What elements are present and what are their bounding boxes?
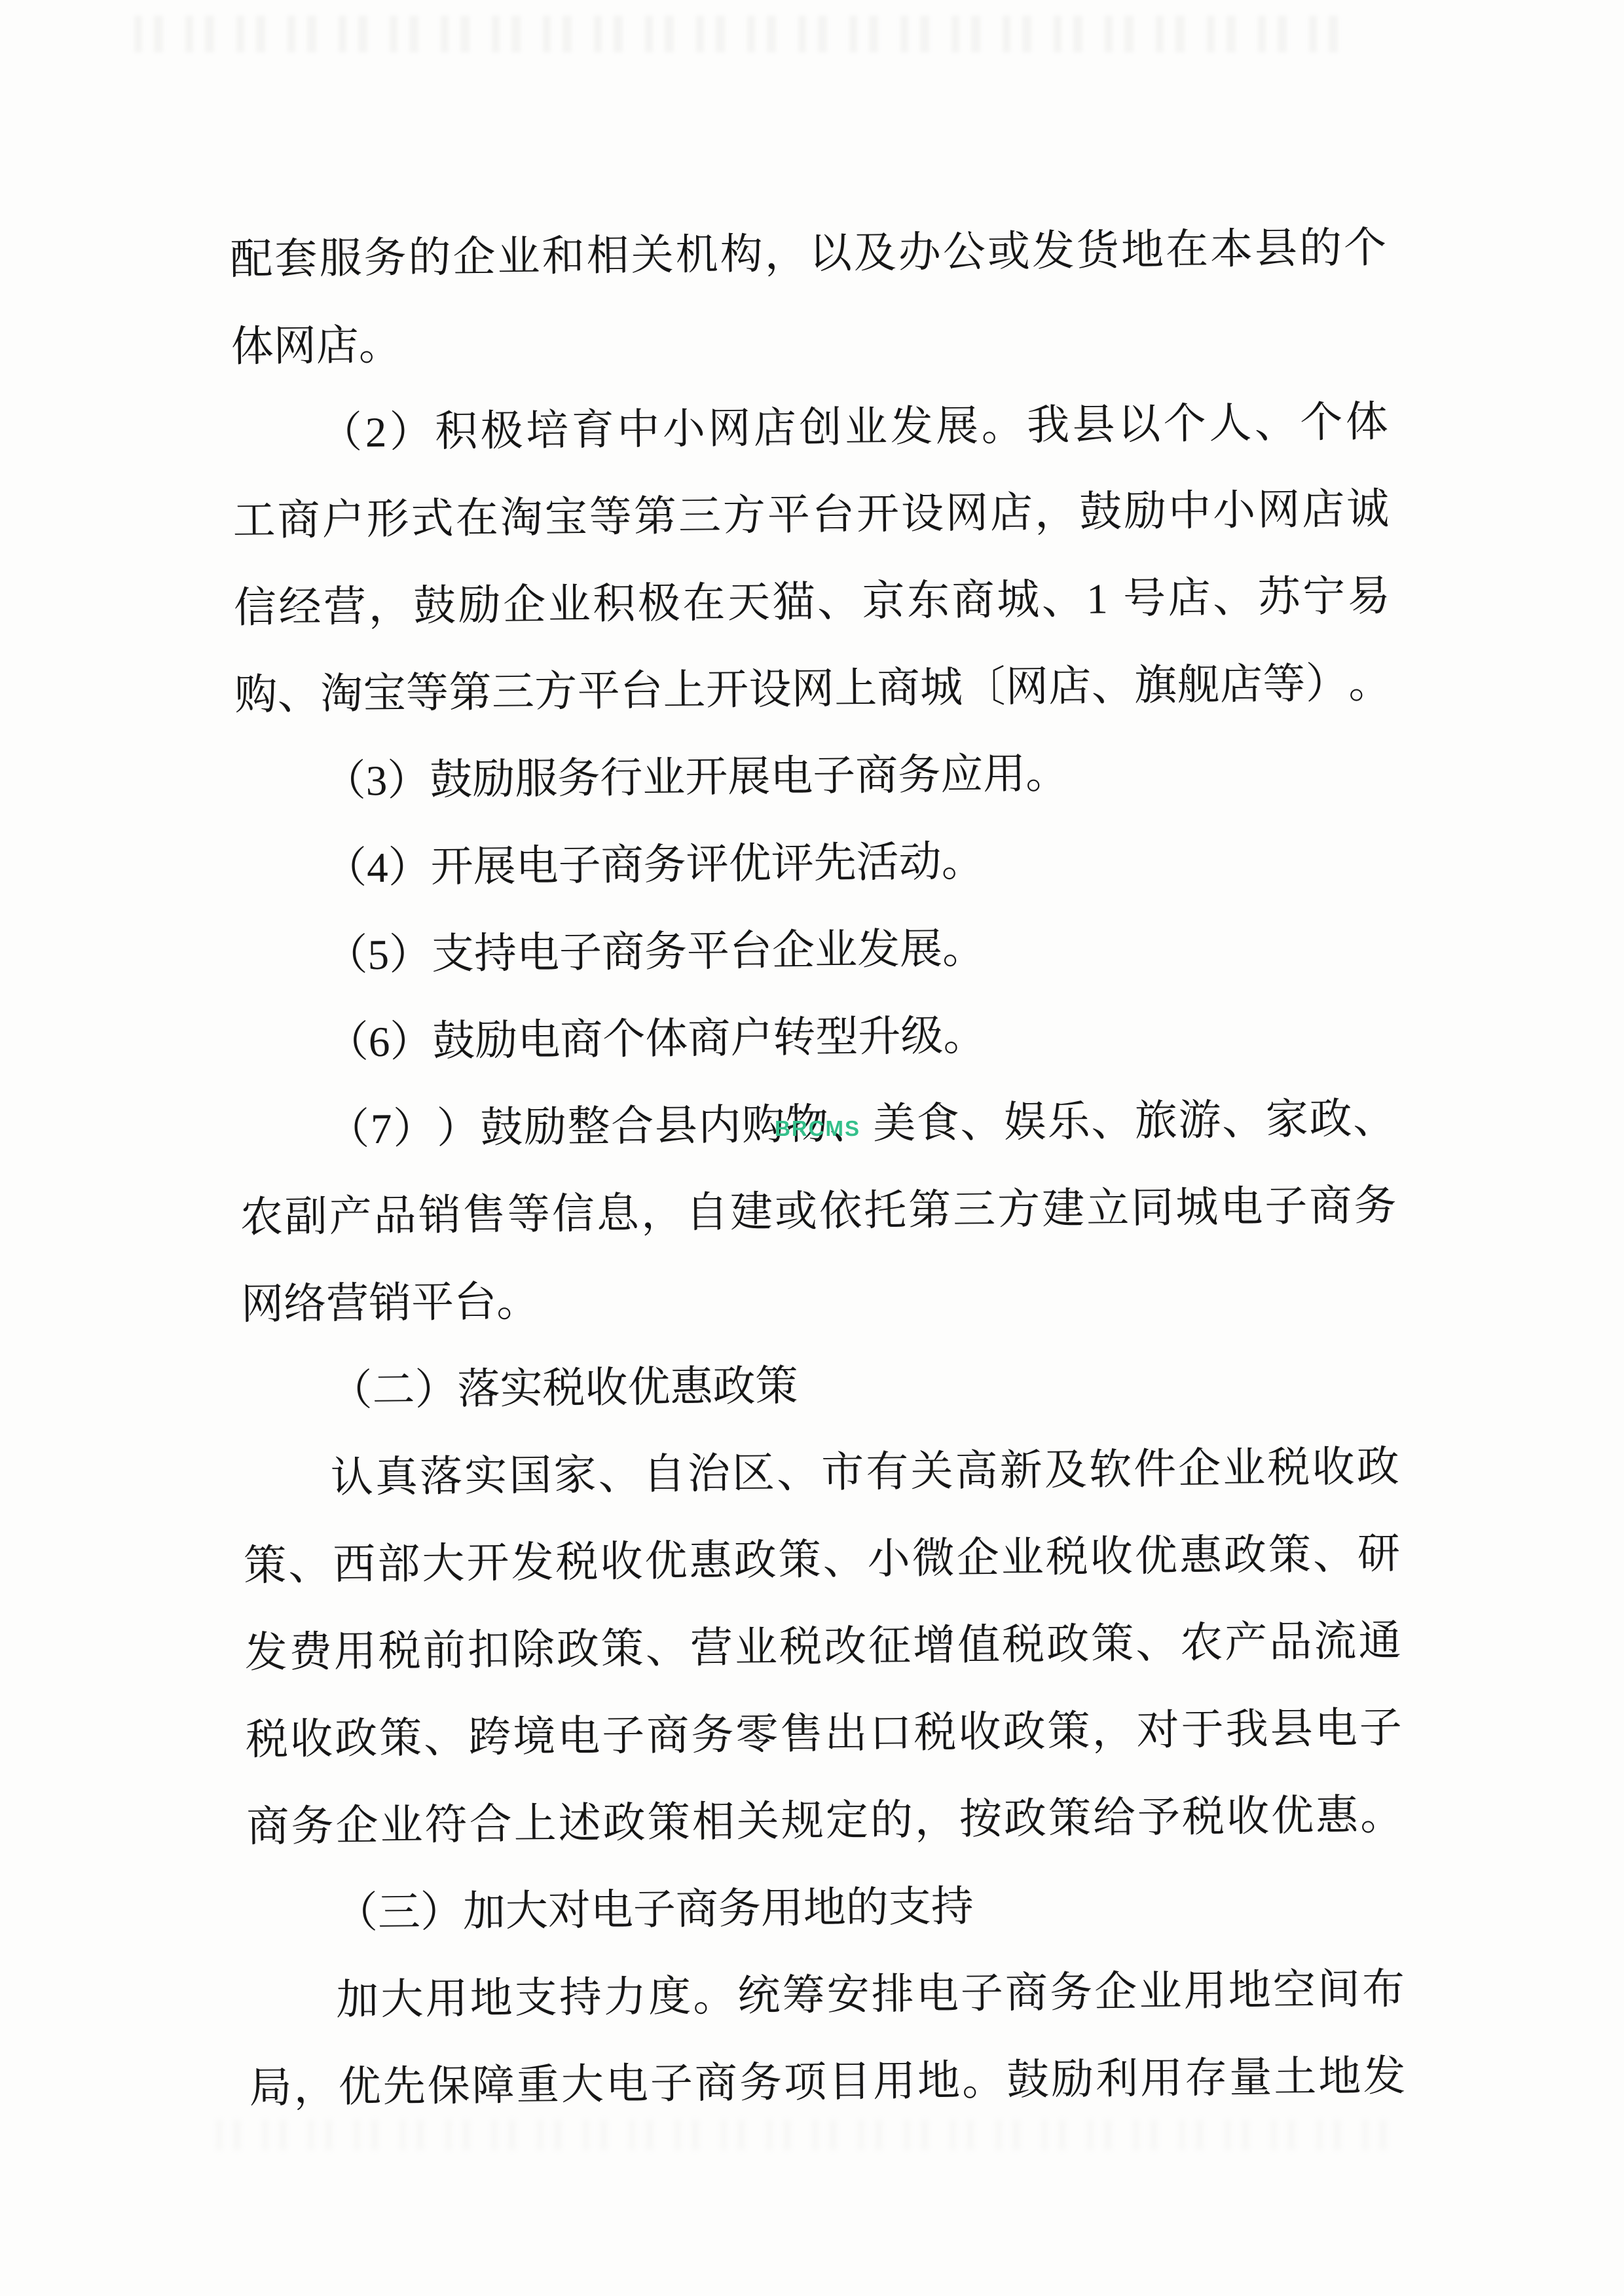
text-line: 体网店。 (231, 292, 1388, 391)
text-block: 配套服务的企业和相关机构，以及办公或发货地在本县的个体网店。（2）积极培育中小网… (230, 205, 1407, 2132)
text-line: （6）鼓励电商个体商户转型升级。 (238, 989, 1395, 1087)
text-line: 局，优先保障重大电子商务项目用地。鼓励利用存量土地发 (249, 2033, 1406, 2132)
scan-bleedthrough-top (134, 16, 1352, 52)
text-line: 网络营销平台。 (240, 1250, 1397, 1349)
text-line: （4）开展电子商务评优评先活动。 (236, 814, 1393, 913)
watermark-text: BRCMS (775, 1116, 860, 1141)
text-line: 认真落实国家、自治区、市有关高新及软件企业税收政 (242, 1424, 1399, 1523)
text-line: 配套服务的企业和相关机构，以及办公或发货地在本县的个 (230, 205, 1387, 304)
text-line: （2）积极培育中小网店创业发展。我县以个人、个体 (232, 379, 1389, 478)
text-line: 农副产品销售等信息，自建或依托第三方建立同城电子商务 (240, 1163, 1397, 1262)
text-line: （5）支持电子商务平台企业发展。 (237, 902, 1394, 1000)
text-line: 工商户形式在淘宝等第三方平台开设网店，鼓励中小网店诚 (232, 466, 1390, 565)
text-line: 策、西部大开发税收优惠政策、小微企业税收优惠政策、研 (244, 1511, 1401, 1610)
text-line: 购、淘宝等第三方平台上开设网上商城〔网店、旗舰店等）。 (234, 640, 1392, 739)
text-line: 信经营，鼓励企业积极在天猫、京东商城、1 号店、苏宁易 (233, 553, 1390, 652)
text-line: （3）鼓励服务行业开展电子商务应用。 (235, 727, 1392, 826)
text-line: （二）落实税收优惠政策 (242, 1337, 1399, 1436)
text-line: （三）加大对电子商务用地的支持 (247, 1859, 1404, 1958)
text-line: 商务企业符合上述政策相关规定的，按政策给予税收优惠。 (246, 1772, 1403, 1871)
scanned-document-page: 配套服务的企业和相关机构，以及办公或发货地在本县的个体网店。（2）积极培育中小网… (0, 0, 1624, 2296)
text-line: 发费用税前扣除政策、营业税改征增值税政策、农产品流通 (244, 1598, 1401, 1697)
text-line: 加大用地支持力度。统筹安排电子商务企业用地空间布 (248, 1946, 1405, 2045)
scan-bleedthrough-bottom (216, 2120, 1395, 2150)
text-line: 税收政策、跨境电子商务零售出口税收政策，对于我县电子 (245, 1685, 1402, 1784)
